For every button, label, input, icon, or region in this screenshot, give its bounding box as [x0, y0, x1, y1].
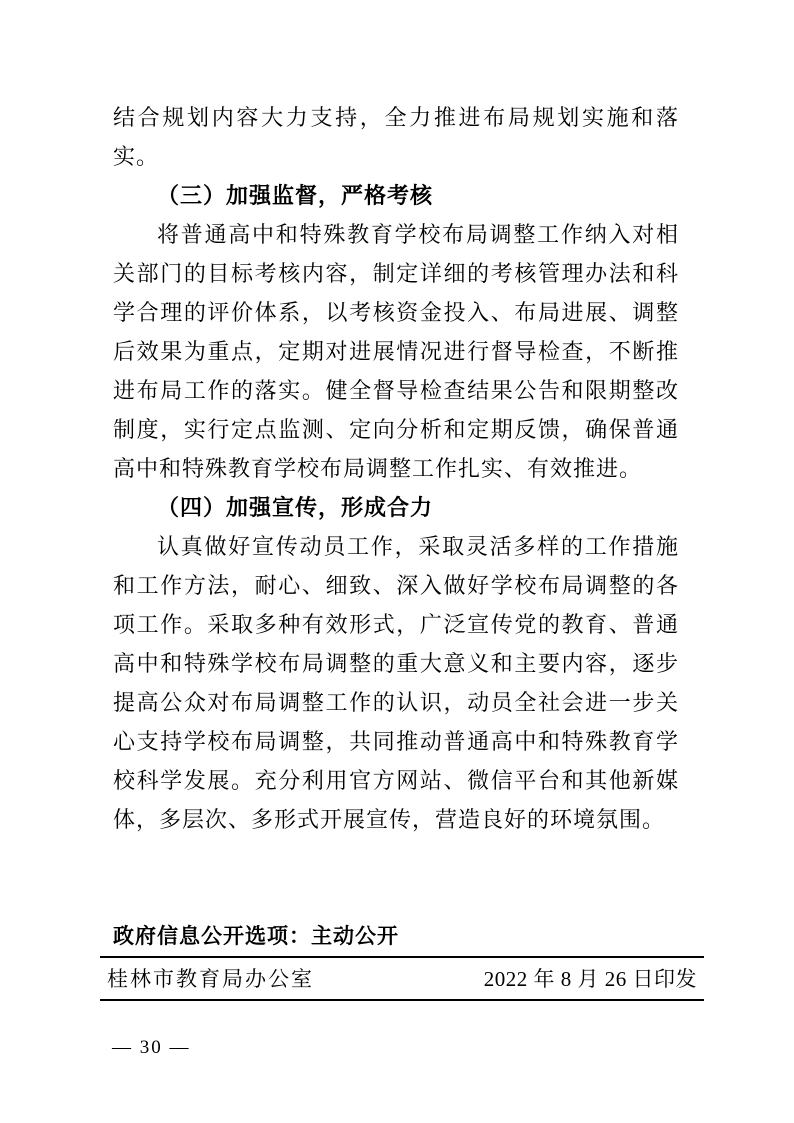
paragraph-supervision: 将普通高中和特殊教育学校布局调整工作纳入对相关部门的目标考核内容，制定详细的考核… [113, 215, 679, 488]
print-date: 2022 年 8 月 26 日印发 [484, 966, 697, 992]
footer-colophon-row: 桂林市教育局办公室 2022 年 8 月 26 日印发 [107, 966, 697, 992]
document-body: 结合规划内容大力支持，全力推进布局规划实施和落实。 （三）加强监督，严格考核 将… [113, 98, 679, 839]
paragraph-continuation: 结合规划内容大力支持，全力推进布局规划实施和落实。 [113, 98, 679, 176]
page-number: — 30 — [112, 1036, 191, 1060]
issuing-office: 桂林市教育局办公室 [107, 966, 314, 992]
footer-rule-top [100, 956, 704, 958]
section-heading-four: （四）加强宣传，形成合力 [113, 488, 679, 527]
document-page: 结合规划内容大力支持，全力推进布局规划实施和落实。 （三）加强监督，严格考核 将… [0, 0, 794, 1123]
section-heading-three: （三）加强监督，严格考核 [113, 176, 679, 215]
disclosure-option-label: 政府信息公开选项：主动公开 [113, 924, 399, 950]
footer-rule-bottom [100, 999, 704, 1001]
paragraph-publicity: 认真做好宣传动员工作，采取灵活多样的工作措施和工作方法，耐心、细致、深入做好学校… [113, 527, 679, 839]
